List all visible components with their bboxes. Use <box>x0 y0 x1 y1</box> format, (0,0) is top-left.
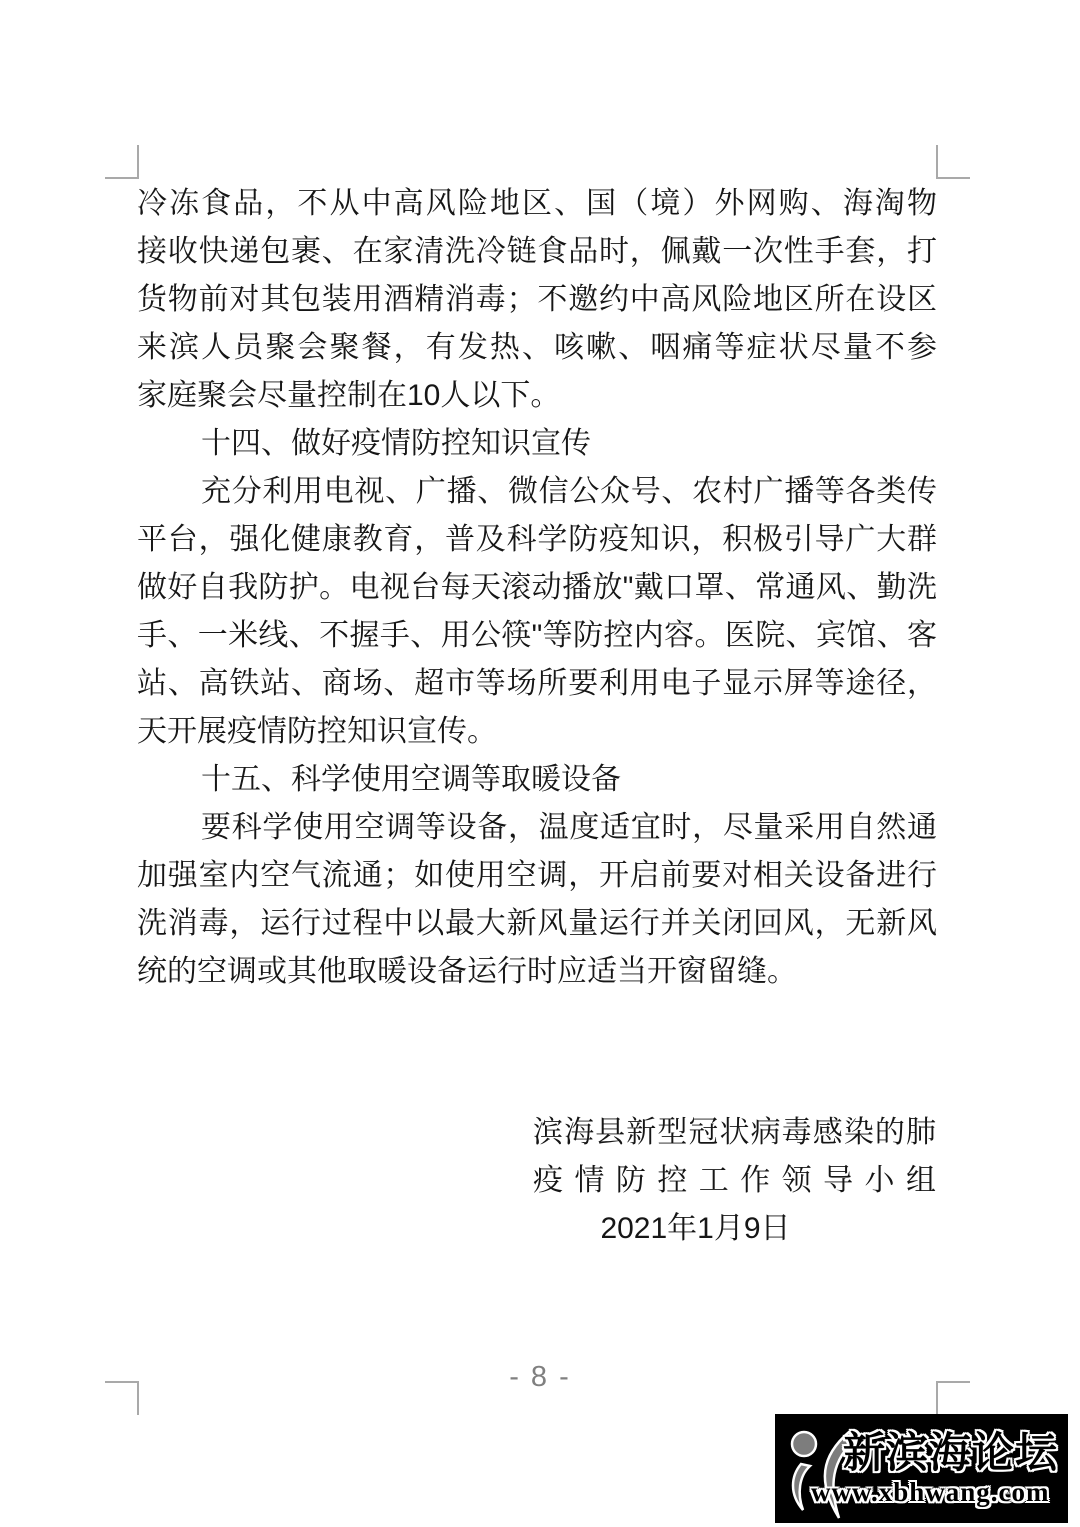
document-line: 加强室内空气流通；如使用空调，开启前要对相关设备进行清 <box>137 852 937 900</box>
document-line: 十五、科学使用空调等取暖设备 <box>137 756 937 804</box>
document-line: 家庭聚会尽量控制在10人以下。 <box>137 372 937 420</box>
signature-org-line1: 滨海县新型冠状病毒感染的肺炎 <box>533 1109 936 1157</box>
document-line: 站、高铁站、商场、超市等场所要利用电子显示屏等途径，每 <box>137 660 937 708</box>
watermark-site-url: www.xbhwang.com <box>811 1476 1050 1508</box>
document-line: 充分利用电视、广播、微信公众号、农村广播等各类传播 <box>137 468 937 516</box>
watermark-banner: 新滨海论坛 www.xbhwang.com <box>775 1414 1068 1523</box>
watermark-site-name: 新滨海论坛 <box>843 1430 1058 1476</box>
document-line: 十四、做好疫情防控知识宣传 <box>137 420 937 468</box>
document-line: 平台，强化健康教育，普及科学防疫知识，积极引导广大群众 <box>137 516 937 564</box>
text-boundary-mark-top-right <box>936 145 970 179</box>
document-line: 洗消毒，运行过程中以最大新风量运行并关闭回风，无新风系 <box>137 900 937 948</box>
document-body: 冷冻食品，不从中高风险地区、国（境）外网购、海淘物品；接收快递包裹、在家清洗冷链… <box>137 180 937 996</box>
document-line: 手、一米线、不握手、用公筷"等防控内容。医院、宾馆、客运 <box>137 612 937 660</box>
document-line: 来滨人员聚会聚餐，有发热、咳嗽、咽痛等症状尽量不参加， <box>137 324 937 372</box>
signature-org-line2: 疫情防控工作领导小组 <box>533 1157 936 1205</box>
signature-block: 滨海县新型冠状病毒感染的肺炎 疫情防控工作领导小组 2021年1月9日 <box>533 1109 936 1253</box>
page-number: - 8 - <box>0 1360 1080 1394</box>
document-line: 接收快递包裹、在家清洗冷链食品时，佩戴一次性手套，打开 <box>137 228 937 276</box>
document-page: 冷冻食品，不从中高风险地区、国（境）外网购、海淘物品；接收快递包裹、在家清洗冷链… <box>0 0 1080 1527</box>
document-line: 冷冻食品，不从中高风险地区、国（境）外网购、海淘物品； <box>137 180 937 228</box>
signature-date: 2021年1月9日 <box>533 1205 936 1253</box>
document-line: 统的空调或其他取暖设备运行时应适当开窗留缝。 <box>137 948 937 996</box>
text-boundary-mark-top-left <box>105 145 139 179</box>
document-line: 天开展疫情防控知识宣传。 <box>137 708 937 756</box>
document-line: 要科学使用空调等设备，温度适宜时，尽量采用自然通风 <box>137 804 937 852</box>
document-line: 货物前对其包装用酒精消毒；不邀约中高风险地区所在设区市 <box>137 276 937 324</box>
document-line: 做好自我防护。电视台每天滚动播放"戴口罩、常通风、勤洗 <box>137 564 937 612</box>
